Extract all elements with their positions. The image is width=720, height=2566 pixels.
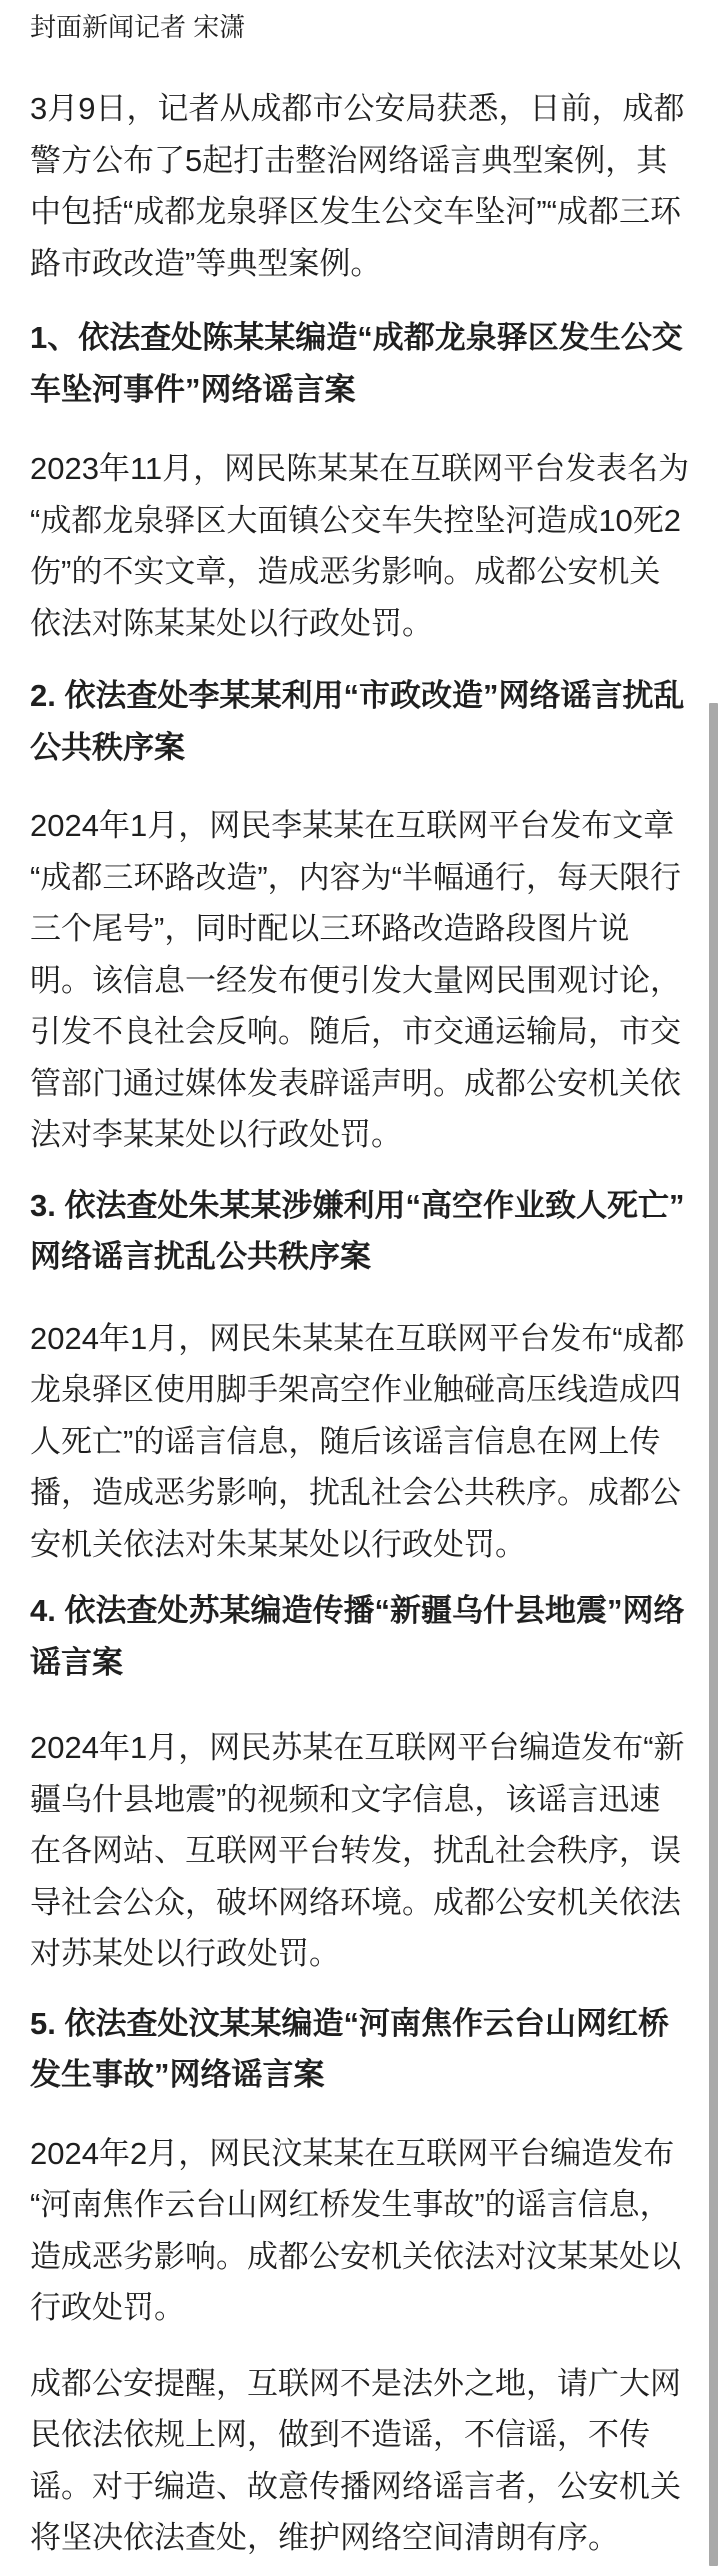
case-4-paragraph: 2024年1月，网民苏某在互联网平台编造发布“新疆乌什县地震”的视频和文字信息，… — [30, 1722, 690, 1980]
case-5-paragraph: 2024年2月，网民汶某某在互联网平台编造发布“河南焦作云台山网红桥发生事故”的… — [30, 2128, 690, 2334]
case-3-paragraph: 2024年1月，网民朱某某在互联网平台发布“成都龙泉驿区使用脚手架高空作业触碰高… — [30, 1313, 690, 1571]
scrollbar-thumb[interactable] — [709, 703, 718, 2566]
case-5-heading: 5. 依法查处汶某某编造“河南焦作云台山网红桥发生事故”网络谣言案 — [30, 1998, 690, 2101]
case-2-paragraph: 2024年1月，网民李某某在互联网平台发布文章“成都三环路改造”，内容为“半幅通… — [30, 800, 690, 1161]
news-article: 封面新闻记者 宋潇 3月9日，记者从成都市公安局获悉，日前，成都警方公布了5起打… — [0, 0, 720, 2564]
case-3-heading: 3. 依法查处朱某某涉嫌利用“高空作业致人死亡”网络谣言扰乱公共秩序案 — [30, 1180, 690, 1283]
closing-paragraph: 成都公安提醒，互联网不是法外之地，请广大网民依法依规上网，做到不造谣，不信谣，不… — [30, 2358, 690, 2564]
byline: 封面新闻记者 宋潇 — [30, 12, 690, 42]
intro-paragraph: 3月9日，记者从成都市公安局获悉，日前，成都警方公布了5起打击整治网络谣言典型案… — [30, 83, 690, 289]
case-1-paragraph: 2023年11月，网民陈某某在互联网平台发表名为“成都龙泉驿区大面镇公交车失控坠… — [30, 443, 690, 649]
case-2-heading: 2. 依法查处李某某利用“市政改造”网络谣言扰乱公共秩序案 — [30, 670, 690, 773]
case-1-heading: 1、依法查处陈某某编造“成都龙泉驿区发生公交车坠河事件”网络谣言案 — [30, 312, 690, 415]
case-4-heading: 4. 依法查处苏某编造传播“新疆乌什县地震”网络谣言案 — [30, 1585, 690, 1688]
